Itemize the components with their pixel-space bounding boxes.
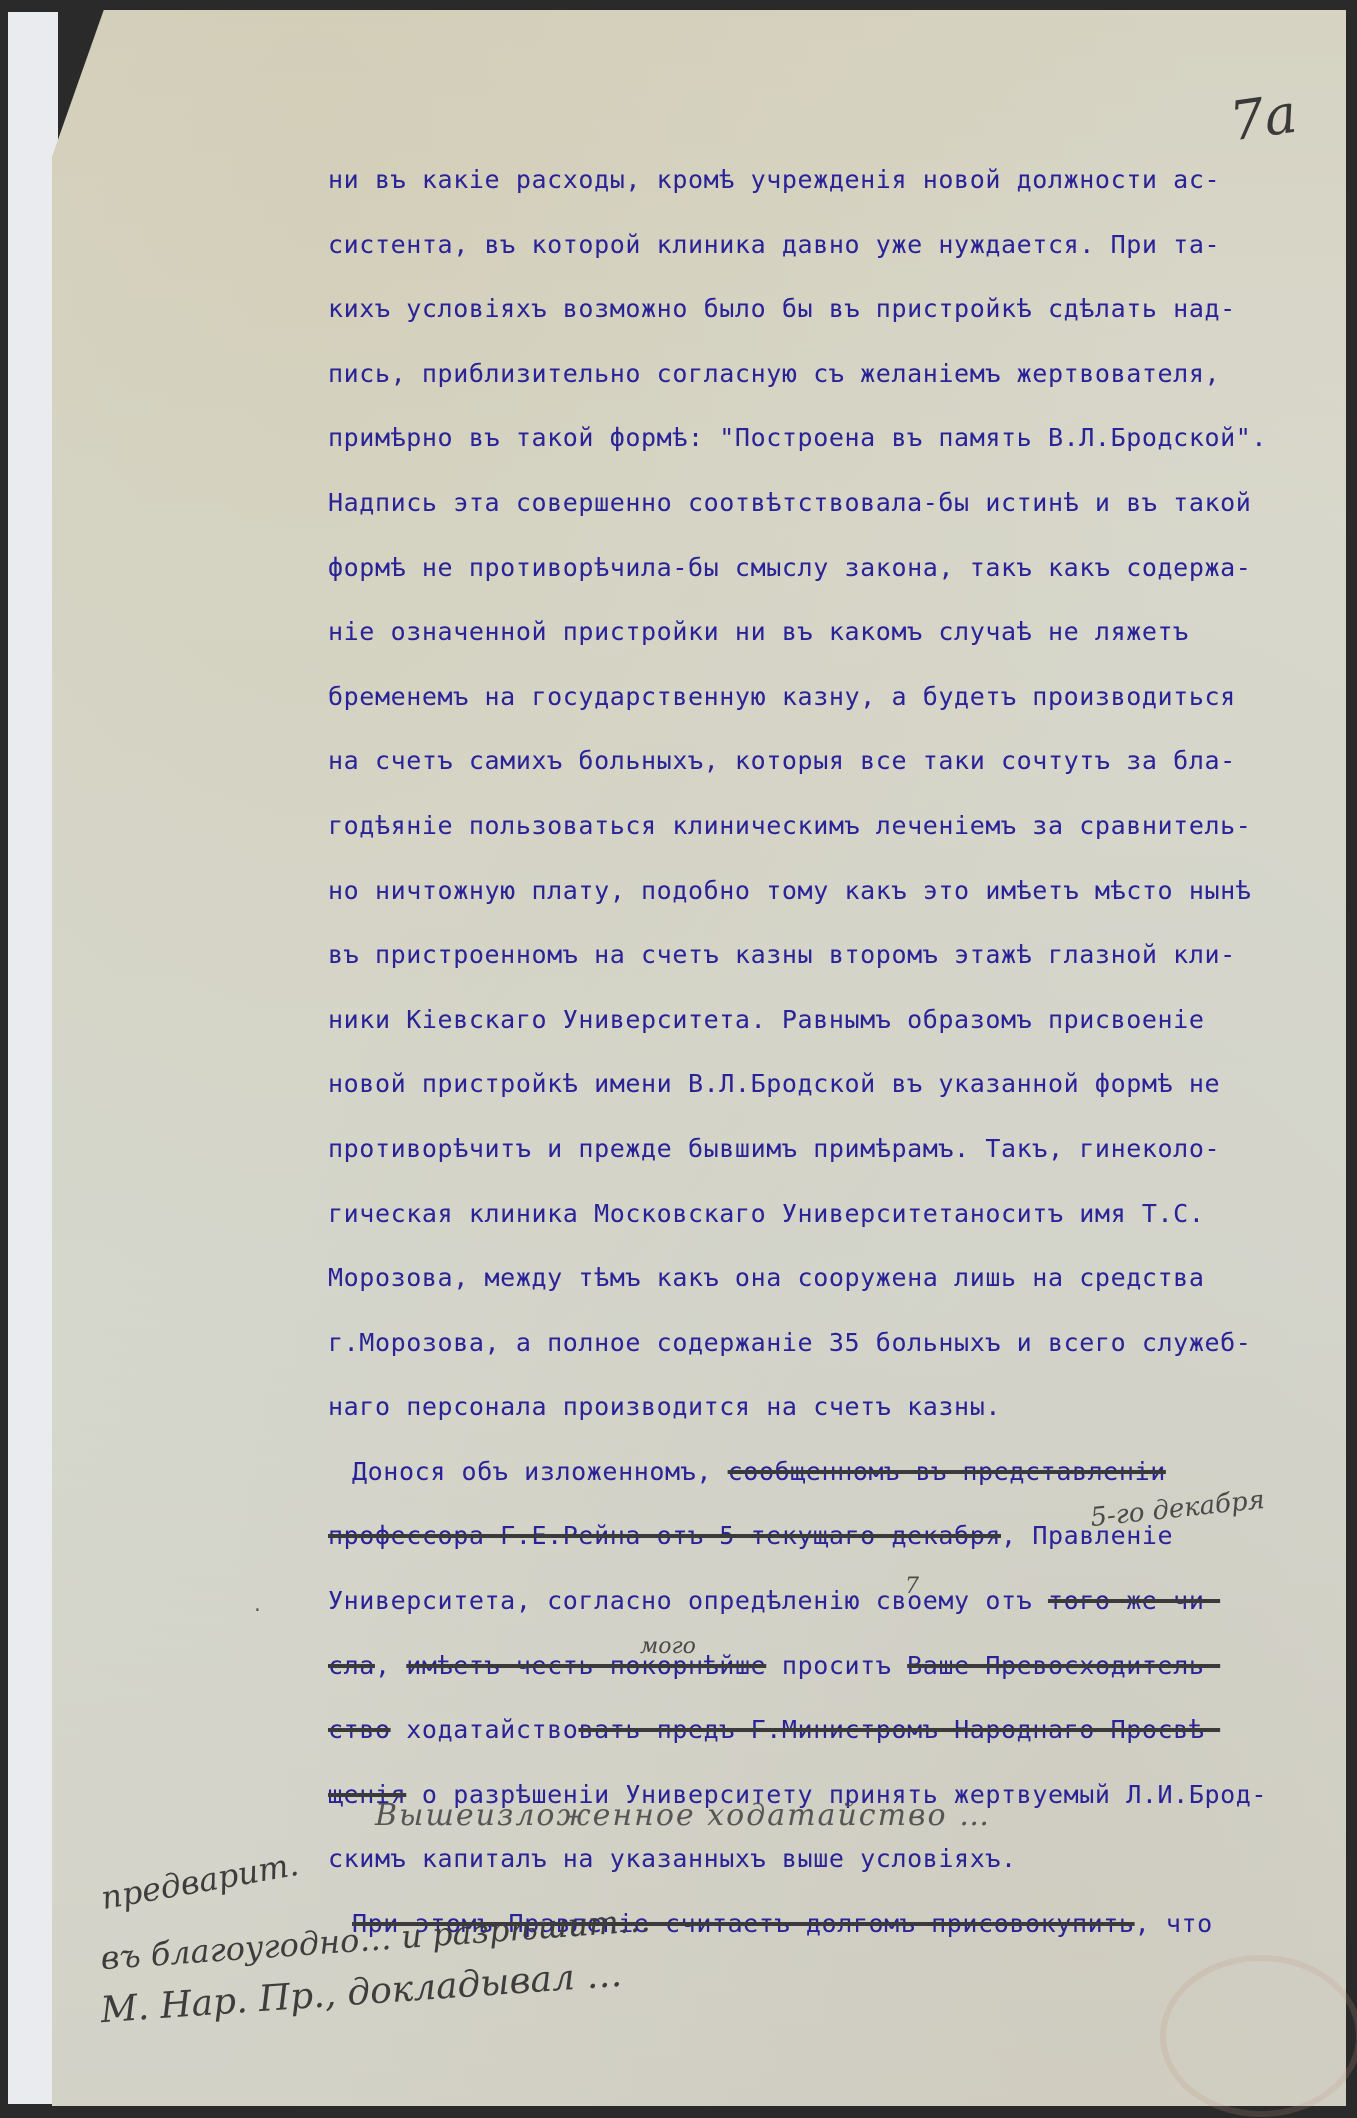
struck-text: профессора Г.Е.Рейна отъ 5 текущаго дека… bbox=[328, 1521, 1001, 1550]
text-segment: кихъ условіяхъ возможно было бы въ прист… bbox=[328, 294, 1236, 323]
text-line: противорѣчитъ и прежде бывшимъ примѣрамъ… bbox=[328, 1117, 1308, 1182]
text-line: Университета, согласно опредѣленію своем… bbox=[328, 1569, 1308, 1634]
struck-text: вать предъ Г.Министромъ Народнаго Просвѣ… bbox=[578, 1715, 1220, 1744]
text-line: примѣрно въ такой формѣ: "Построена въ п… bbox=[328, 406, 1308, 471]
text-segment: гическая клиника Московскаго Университет… bbox=[328, 1199, 1204, 1228]
text-line: новой пристройкѣ имени В.Л.Бродской въ у… bbox=[328, 1052, 1308, 1117]
text-line: но ничтожную плату, подобно тому какъ эт… bbox=[328, 859, 1308, 924]
text-segment: ходатайство bbox=[391, 1715, 579, 1744]
text-segment: Надпись эта совершенно соотвѣтствовала-б… bbox=[328, 488, 1251, 517]
text-segment: пись, приблизительно согласную съ желані… bbox=[328, 359, 1220, 388]
text-line: на счетъ самихъ больныхъ, которыя все та… bbox=[328, 729, 1308, 794]
text-segment: ніе означенной пристройки ни въ какомъ с… bbox=[328, 617, 1189, 646]
text-segment: Морозова, между тѣмъ какъ она сооружена … bbox=[328, 1263, 1204, 1292]
pencil-dot-mark: · bbox=[252, 1600, 263, 1621]
handwritten-replacement-text: Вышеизложенное ходатайство … bbox=[375, 1798, 991, 1833]
text-segment: , bbox=[375, 1651, 406, 1680]
text-segment: систента, въ которой клиника давно уже н… bbox=[328, 230, 1220, 259]
text-line: гическая клиника Московскаго Университет… bbox=[328, 1182, 1308, 1247]
text-line: ни въ какіе расходы, кромѣ учрежденія но… bbox=[328, 148, 1308, 213]
text-line: бременемъ на государственную казну, а бу… bbox=[328, 665, 1308, 730]
text-segment: проситъ bbox=[766, 1651, 907, 1680]
text-line: въ пристроенномъ на счетъ казны второмъ … bbox=[328, 923, 1308, 988]
text-segment: формѣ не противорѣчила-бы смыслу закона,… bbox=[328, 553, 1251, 582]
text-line: пись, приблизительно согласную съ желані… bbox=[328, 342, 1308, 407]
struck-text: имѣетъ честь покорнѣйше bbox=[406, 1651, 766, 1680]
text-segment: примѣрно въ такой формѣ: "Построена въ п… bbox=[328, 423, 1267, 452]
struck-text: сла bbox=[328, 1651, 375, 1680]
handwritten-insert-mark: 7 bbox=[905, 1574, 919, 1599]
text-segment: противорѣчитъ и прежде бывшимъ примѣрамъ… bbox=[328, 1134, 1220, 1163]
archive-stamp-icon bbox=[1160, 1955, 1357, 2117]
text-segment: годѣяніе пользоваться клиническимъ лечен… bbox=[328, 811, 1251, 840]
text-line: г.Морозова, а полное содержаніе 35 больн… bbox=[328, 1311, 1308, 1376]
text-line: систента, въ которой клиника давно уже н… bbox=[328, 213, 1308, 278]
text-line: кихъ условіяхъ возможно было бы въ прист… bbox=[328, 277, 1308, 342]
text-segment: Университета, согласно опредѣленію своем… bbox=[328, 1586, 1048, 1615]
struck-text: того-же чи- bbox=[1048, 1586, 1220, 1615]
struck-text: ство bbox=[328, 1715, 391, 1744]
text-line: ники Кіевскаго Университета. Равнымъ обр… bbox=[328, 988, 1308, 1053]
text-segment: скимъ капиталъ на указанныхъ выше услові… bbox=[328, 1844, 1017, 1873]
text-segment: наго персонала производится на счетъ каз… bbox=[328, 1392, 1001, 1421]
text-segment: новой пристройкѣ имени В.Л.Бродской въ у… bbox=[328, 1069, 1220, 1098]
text-segment: ни въ какіе расходы, кромѣ учрежденія но… bbox=[328, 165, 1220, 194]
text-segment: ники Кіевскаго Университета. Равнымъ обр… bbox=[328, 1005, 1204, 1034]
text-segment: , что bbox=[1135, 1909, 1213, 1938]
text-line: годѣяніе пользоваться клиническимъ лечен… bbox=[328, 794, 1308, 859]
text-segment: бременемъ на государственную казну, а бу… bbox=[328, 682, 1236, 711]
struck-text: сообщенномъ въ представленіи bbox=[728, 1457, 1166, 1486]
text-segment: но ничтожную плату, подобно тому какъ эт… bbox=[328, 876, 1251, 905]
text-line: сла, имѣетъ честь покорнѣйше проситъ Ваш… bbox=[328, 1634, 1308, 1699]
struck-text: Ваше Превосходитель- bbox=[907, 1651, 1220, 1680]
text-segment: г.Морозова, а полное содержаніе 35 больн… bbox=[328, 1328, 1251, 1357]
text-segment: Донося объ изложенномъ, bbox=[352, 1457, 728, 1486]
text-line: скимъ капиталъ на указанныхъ выше услові… bbox=[328, 1827, 1308, 1892]
text-line: наго персонала производится на счетъ каз… bbox=[328, 1375, 1308, 1440]
typewritten-body: ни въ какіе расходы, кромѣ учрежденія но… bbox=[328, 148, 1308, 1957]
backing-sheet-edge bbox=[8, 12, 58, 2104]
text-line: Морозова, между тѣмъ какъ она сооружена … bbox=[328, 1246, 1308, 1311]
text-line: ніе означенной пристройки ни въ какомъ с… bbox=[328, 600, 1308, 665]
text-line: Надпись эта совершенно соотвѣтствовала-б… bbox=[328, 471, 1308, 536]
folio-number: 7а bbox=[1226, 82, 1301, 154]
text-line: формѣ не противорѣчила-бы смыслу закона,… bbox=[328, 536, 1308, 601]
handwritten-insert-above-line: мого bbox=[640, 1634, 696, 1659]
text-line: ство ходатайствовать предъ Г.Министромъ … bbox=[328, 1698, 1308, 1763]
text-segment: на счетъ самихъ больныхъ, которыя все та… bbox=[328, 746, 1236, 775]
text-segment: въ пристроенномъ на счетъ казны второмъ … bbox=[328, 940, 1236, 969]
